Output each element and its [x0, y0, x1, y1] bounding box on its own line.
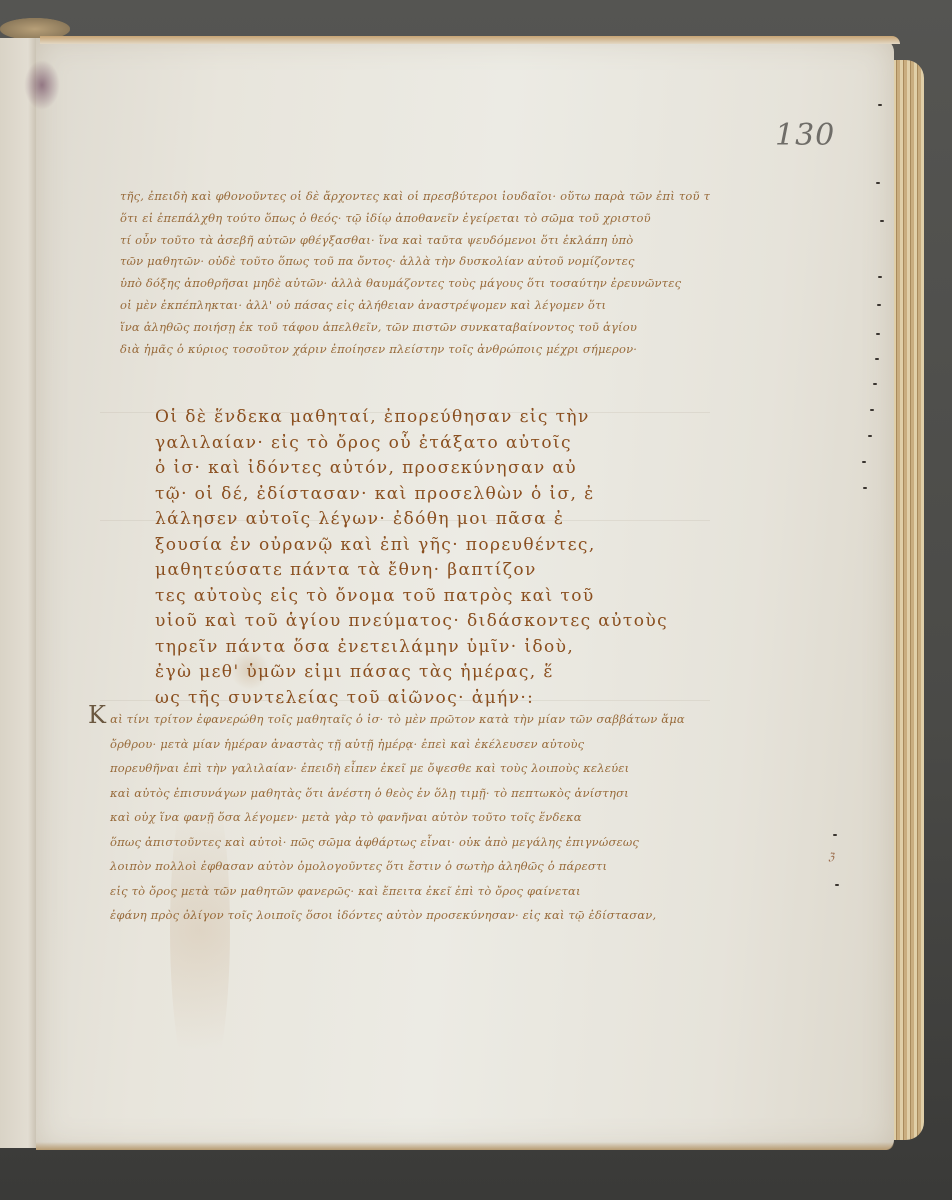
- gospel-line: ξουσία ἐν οὐρανῷ καὶ ἐπὶ γῆς· πορευθέντε…: [155, 533, 695, 559]
- pricking-mark: [878, 104, 882, 106]
- gospel-line: Οἱ δὲ ἕνδεκα μαθηταί, ἐπορεύθησαν εἰς τὴ…: [155, 405, 695, 431]
- gospel-text: Οἱ δὲ ἕνδεκα μαθηταί, ἐπορεύθησαν εἰς τὴ…: [155, 405, 695, 711]
- commentary-top: τῆς, ἐπειδὴ καὶ φθονοῦντες οἱ δὲ ἄρχοντε…: [120, 186, 710, 360]
- gospel-line: τηρεῖν πάντα ὅσα ἐνετειλάμην ὑμῖν· ἰδοὺ,: [155, 635, 695, 661]
- commentary-line: ἐφάνη πρὸς ὀλίγον τοῖς λοιποῖς ὅσοι ἰδόν…: [88, 903, 698, 928]
- commentary-line: τί οὖν τοῦτο τὰ ἀσεβῆ αὐτῶν φθέγξασθαι· …: [120, 230, 710, 252]
- commentary-line: καὶ οὐχ ἵνα φανῇ ὅσα λέγομεν· μετὰ γὰρ τ…: [88, 805, 698, 830]
- commentary-bottom: Καὶ τίνι τρίτον ἐφανερώθη τοῖς μαθηταῖς …: [88, 703, 698, 928]
- pricking-mark: [873, 383, 877, 385]
- page-top-edge: [40, 36, 900, 44]
- commentary-text: αὶ τίνι τρίτον ἐφανερώθη τοῖς μαθηταῖς ὁ…: [110, 712, 685, 726]
- gospel-line: υἱοῦ καὶ τοῦ ἁγίου πνεύματος· διδάσκοντε…: [155, 609, 695, 635]
- pricking-mark: [875, 358, 879, 360]
- commentary-line: διὰ ἡμᾶς ὁ κύριος τοσοῦτον χάριν ἐποίησε…: [120, 339, 710, 361]
- pricking-mark: [878, 276, 882, 278]
- commentary-line: ὅπως ἀπιστοῦντες καὶ αὐτοὶ· πῶς σῶμα ἀφθ…: [88, 830, 698, 855]
- commentary-line: Καὶ τίνι τρίτον ἐφανερώθη τοῖς μαθηταῖς …: [88, 703, 698, 732]
- commentary-line: λοιπὸν πολλοὶ ἐφθασαν αὐτὸν ὁμολογοῦντες…: [88, 854, 698, 879]
- commentary-line: τῶν μαθητῶν· οὐδὲ τοῦτο ὅπως τοῦ πα ὄντο…: [120, 251, 710, 273]
- pricking-mark: [835, 884, 839, 886]
- gospel-line: τῷ· οἱ δέ, ἐδίστασαν· καὶ προσελθὼν ὁ ἰσ…: [155, 482, 695, 508]
- commentary-line: εἰς τὸ ὄρος μετὰ τῶν μαθητῶν φανερῶς· κα…: [88, 879, 698, 904]
- commentary-line: πορευθῆναι ἐπὶ τὴν γαλιλαίαν· ἐπειδὴ εἶπ…: [88, 756, 698, 781]
- pricking-mark: [876, 333, 880, 335]
- folio-number: 130: [775, 118, 835, 153]
- pricking-mark: [863, 487, 867, 489]
- commentary-line: ὅτι εἰ ἐπεπάλχθη τούτο ὅπως ὁ θεός· τῷ ἰ…: [120, 208, 710, 230]
- pricking-mark: [870, 409, 874, 411]
- commentary-line: ὄρθρου· μετὰ μίαν ἡμέραν ἀναστὰς τῇ αὐτῇ…: [88, 732, 698, 757]
- marginal-note: ℨ: [828, 852, 834, 863]
- gutter-stain: [24, 60, 60, 110]
- gospel-line: μαθητεύσατε πάντα τὰ ἔθνη· βαπτίζον: [155, 558, 695, 584]
- pricking-mark: [868, 435, 872, 437]
- commentary-line: καὶ αὐτὸς ἐπισυνάγων μαθητὰς ὅτι ἀνέστη …: [88, 781, 698, 806]
- gospel-line: γαλιλαίαν· εἰς τὸ ὄρος οὗ ἐτάξατο αὐτοῖς: [155, 431, 695, 457]
- gospel-line: ὁ ἰσ· καὶ ἰδόντες αὐτόν, προσεκύνησαν αὐ: [155, 456, 695, 482]
- pricking-mark: [862, 461, 866, 463]
- commentary-line: ὑπὸ δόξης ἀποθρῆσαι μηδὲ αὐτῶν· ἀλλὰ θαυ…: [120, 273, 710, 295]
- page-block-edges: [890, 60, 924, 1140]
- commentary-line: οἱ μὲν ἐκπέπληκται· ἀλλ' οὐ πάσας εἰς ἀλ…: [120, 295, 710, 317]
- gospel-line: ἐγὼ μεθ' ὑμῶν εἰμι πάσας τὰς ἡμέρας, ἕ: [155, 660, 695, 686]
- commentary-line: τῆς, ἐπειδὴ καὶ φθονοῦντες οἱ δὲ ἄρχοντε…: [120, 186, 710, 208]
- pricking-mark: [877, 304, 881, 306]
- decorated-initial: Κ: [88, 703, 106, 729]
- pricking-mark: [880, 220, 884, 222]
- commentary-line: ἵνα ἀληθῶς ποιήσῃ ἐκ τοῦ τάφου ἀπελθεῖν,…: [120, 317, 710, 339]
- pricking-mark: [876, 182, 880, 184]
- gospel-line: λάλησεν αὐτοῖς λέγων· ἐδόθη μοι πᾶσα ἐ: [155, 507, 695, 533]
- gospel-line: τες αὐτοὺς εἰς τὸ ὄνομα τοῦ πατρὸς καὶ τ…: [155, 584, 695, 610]
- pricking-mark: [833, 834, 837, 836]
